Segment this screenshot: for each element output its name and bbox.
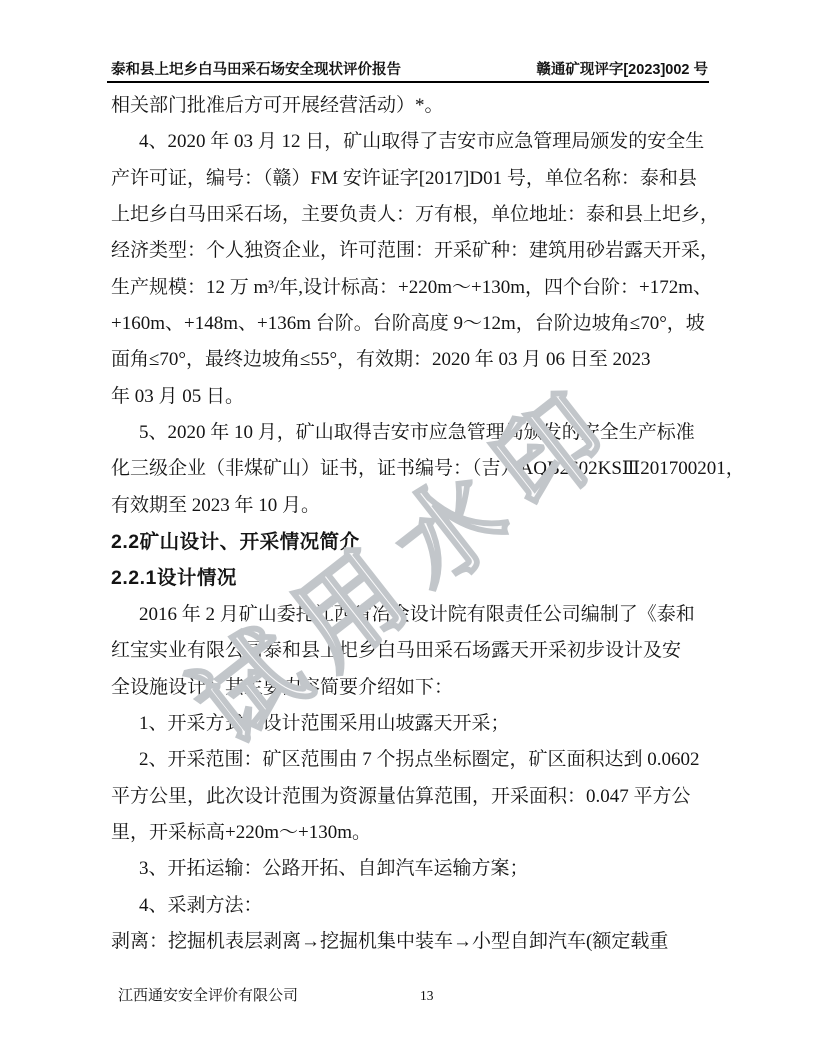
text-line: 平方公里，此次设计范围为资源量估算范围，开采面积：0.047 平方公 (111, 779, 709, 815)
text-line: 面角≤70°，最终边坡角≤55°，有效期：2020 年 03 月 06 日至 2… (111, 342, 709, 378)
text-line: 5、2020 年 10 月，矿山取得吉安市应急管理局颁发的安全生产标准 (111, 415, 709, 451)
text-line: 上圯乡白马田采石场，主要负责人：万有根，单位地址：泰和县上圯乡， (111, 197, 709, 233)
text-line: 4、2020 年 03 月 12 日，矿山取得了吉安市应急管理局颁发的安全生 (111, 124, 709, 160)
text-line: 产许可证，编号：（赣）FM 安许证字[2017]D01 号，单位名称：泰和县 (111, 161, 709, 197)
section-heading: 2.2矿山设计、开采情况简介 (111, 524, 709, 560)
text-line: 有效期至 2023 年 10 月。 (111, 488, 709, 524)
document-page: 泰和县上圯乡白马田采石场安全现状评价报告 赣通矿现评字[2023]002 号 相… (0, 0, 816, 1056)
text-line: 全设施设计》其主要内容简要介绍如下： (111, 670, 709, 706)
header-report-title: 泰和县上圯乡白马田采石场安全现状评价报告 (111, 58, 401, 79)
text-line: +160m、+148m、+136m 台阶。台阶高度 9～12m，台阶边坡角≤70… (111, 306, 709, 342)
section-heading: 2.2.1设计情况 (111, 560, 709, 596)
page-header: 泰和县上圯乡白马田采石场安全现状评价报告 赣通矿现评字[2023]002 号 (111, 58, 708, 79)
text-line: 化三级企业（非煤矿山）证书，证书编号：（吉）AQB2602KSⅢ20170020… (111, 451, 709, 487)
text-line: 2016 年 2 月矿山委托江西省冶金设计院有限责任公司编制了《泰和 (111, 597, 709, 633)
text-line: 年 03 月 05 日。 (111, 379, 709, 415)
document-body: 相关部门批准后方可开展经营活动）*。4、2020 年 03 月 12 日，矿山取… (111, 88, 709, 960)
header-rule (107, 81, 709, 83)
footer-company-name: 江西通安安全评价有限公司 (118, 984, 298, 1005)
text-line: 1、开采方式：设计范围采用山坡露天开采； (111, 706, 709, 742)
text-line: 相关部门批准后方可开展经营活动）*。 (111, 88, 709, 124)
text-line: 红宝实业有限公司泰和县上圯乡白马田采石场露天开采初步设计及安 (111, 633, 709, 669)
text-line: 里，开采标高+220m～+130m。 (111, 815, 709, 851)
footer-page-number: 13 (420, 988, 434, 1004)
text-line: 2、开采范围：矿区范围由 7 个拐点坐标圈定，矿区面积达到 0.0602 (111, 742, 709, 778)
header-doc-number: 赣通矿现评字[2023]002 号 (536, 58, 708, 79)
text-line: 剥离：挖掘机表层剥离→挖掘机集中装车→小型自卸汽车(额定载重 (111, 924, 709, 960)
text-line: 生产规模：12 万 m³/年,设计标高：+220m～+130m，四个台阶：+17… (111, 270, 709, 306)
text-line: 4、采剥方法： (111, 888, 709, 924)
text-line: 经济类型：个人独资企业，许可范围：开采矿种：建筑用砂岩露天开采， (111, 233, 709, 269)
text-line: 3、开拓运输：公路开拓、自卸汽车运输方案； (111, 851, 709, 887)
